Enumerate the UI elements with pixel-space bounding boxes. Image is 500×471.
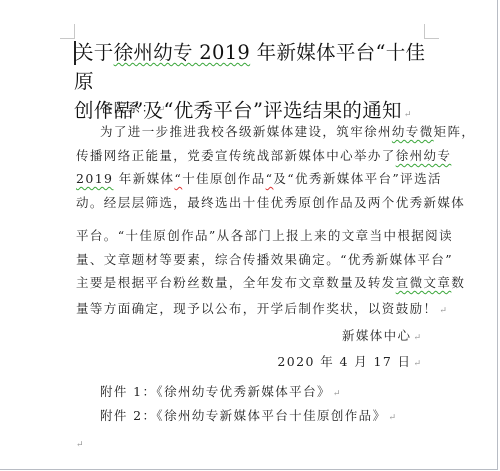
body-line: 传播网络正能量，党委宣传统战部新媒体中心举办了徐州幼专 (76, 145, 451, 167)
signature[interactable]: 新媒体中心↵ (342, 325, 421, 349)
paragraph-mark-icon: ↵ (158, 105, 166, 115)
date[interactable]: 2020 年 4 月 17 日↵ (277, 351, 421, 375)
grammar-flag[interactable]: 宣微文章 (396, 275, 452, 290)
body-line: 为了进一步推进我校各级新媒体建设，筑牢徐州幼专微矩阵， (100, 121, 475, 143)
paragraph-mark-icon: ↵ (76, 440, 84, 450)
body-line: 2019 年新媒体“十佳原创作品“及“优秀新媒体平台”评选活 (76, 168, 442, 190)
grammar-flag[interactable]: 徐州幼专 (396, 148, 452, 163)
attachment-2[interactable]: 附件 2：《徐州幼专新媒体平台十佳原创作品》↵ (100, 405, 396, 429)
document-page[interactable]: 关于徐州幼专 2019 年新媒体平台“十佳原 创作品”及“优秀平台”评选结果的通… (0, 0, 498, 470)
body-line: 平台。“十佳原创作品”从各部门上报上来的文章当中根据阅读 (76, 225, 453, 247)
paragraph-mark-icon: ↵ (439, 306, 447, 316)
paragraph-mark-icon: ↵ (413, 359, 421, 369)
body-line: 量、文章题材等要素，综合传播效果确定。“优秀新媒体平台” (76, 249, 453, 271)
grammar-flag[interactable]: 2019 (76, 171, 113, 186)
empty-paragraph[interactable]: ↵ (74, 432, 84, 456)
body-line: 主要是根据平台粉丝数量，全年发布文章数量及转发宣微文章数 (76, 272, 465, 294)
margin-corner-mark-top-right (424, 24, 439, 39)
attachment-1[interactable]: 附件 1：《徐州幼专优秀新媒体平台》↵ (100, 381, 340, 405)
margin-corner-mark-top-left (60, 24, 75, 39)
title-line-1: 关于徐州幼专 2019 年新媒体平台“十佳原 (74, 38, 434, 96)
paragraph-mark-icon: ↵ (413, 333, 421, 343)
body-line: 动。经层层筛选，最终选出十佳优秀原创作品及两个优秀新媒体 (76, 192, 465, 214)
paragraph-mark-icon: ↵ (388, 413, 396, 423)
paragraph-mark-icon: ↵ (333, 389, 341, 399)
body-line: 量等方面确定，现予以公布，开学后制作奖状，以资鼓励！↵ (76, 298, 447, 322)
paragraph-mark-icon: ↵ (404, 110, 412, 120)
grammar-flag[interactable]: 徐州幼专 2019 (114, 41, 251, 64)
salutation[interactable]: 各院系：↵ (100, 97, 165, 121)
grammar-flag[interactable]: 幼专微 (392, 124, 434, 139)
